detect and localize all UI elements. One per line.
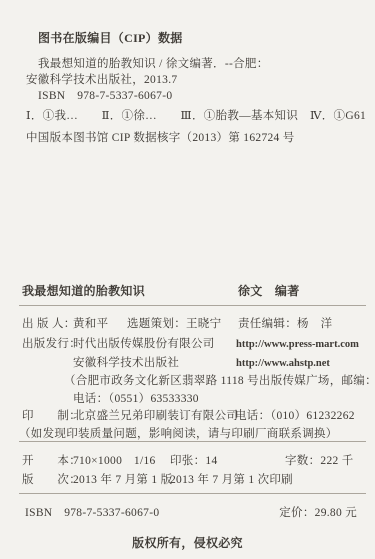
printer-phone: 电话：（010）61232262 bbox=[235, 409, 355, 423]
cip-heading: 图书在版编目（CIP）数据 bbox=[38, 31, 183, 45]
book-title: 我最想知道的胎教知识 bbox=[22, 284, 145, 298]
issuer-url: http://www.press-mart.com bbox=[236, 338, 359, 352]
cip-classification-line: Ⅰ．①我… Ⅱ．①徐… Ⅲ．①胎教—基本知识 Ⅳ．①G61 bbox=[26, 109, 366, 123]
responsible-editor: 责任编辑：杨 洋 bbox=[238, 317, 332, 331]
press-phone: 电话：（0551）63533330 bbox=[73, 392, 199, 406]
footer-isbn: ISBN 978-7-5337-6067-0 bbox=[25, 506, 159, 520]
divider-rule-middle bbox=[19, 441, 366, 442]
press-name: 安徽科学技术出版社 bbox=[73, 356, 179, 370]
rights-notice: 版权所有，侵权必究 bbox=[0, 536, 375, 550]
publisher-label: 出 版 人： bbox=[22, 317, 76, 331]
cip-publisher-line: 安徽科学技术出版社，2013.7 bbox=[26, 73, 177, 87]
price: 定价：29.80 元 bbox=[279, 506, 357, 520]
topic-planning: 选题策划：王晓宁 bbox=[127, 317, 221, 331]
print-quality-note: （如发现印装质量问题，影响阅读，请与印刷厂商联系调换） bbox=[19, 427, 338, 441]
printing-value: 2013 年 7 月第 1 次印刷 bbox=[170, 473, 293, 487]
press-address: （合肥市政务文化新区翡翠路 1118 号出版传媒广场，邮编：230071） bbox=[64, 374, 375, 388]
cip-title-line: 我最想知道的胎教知识 / 徐文编著．--合肥： bbox=[38, 57, 269, 71]
copyright-page: 图书在版编目（CIP）数据 我最想知道的胎教知识 / 徐文编著．--合肥： 安徽… bbox=[0, 0, 375, 559]
edition-value: 2013 年 7 月第 1 版 bbox=[73, 473, 172, 487]
printer-company: 北京盛兰兄弟印刷装订有限公司 bbox=[73, 409, 238, 423]
divider-rule-top bbox=[19, 305, 366, 306]
issuer-company: 时代出版传媒股份有限公司 bbox=[73, 337, 215, 351]
printed-sheets: 印张：14 bbox=[170, 454, 218, 468]
divider-rule-bottom bbox=[19, 493, 366, 494]
word-count: 字数：222 千 bbox=[285, 454, 354, 468]
publisher-name: 黄和平 bbox=[73, 317, 108, 331]
format-value: 710×1000 1/16 bbox=[73, 454, 156, 468]
cip-isbn-line: ISBN 978-7-5337-6067-0 bbox=[38, 89, 172, 103]
cip-record-line: 中国版本图书馆 CIP 数据核字（2013）第 162724 号 bbox=[26, 131, 295, 145]
press-url: http://www.ahstp.net bbox=[236, 357, 330, 371]
book-author: 徐文 编著 bbox=[238, 284, 300, 298]
